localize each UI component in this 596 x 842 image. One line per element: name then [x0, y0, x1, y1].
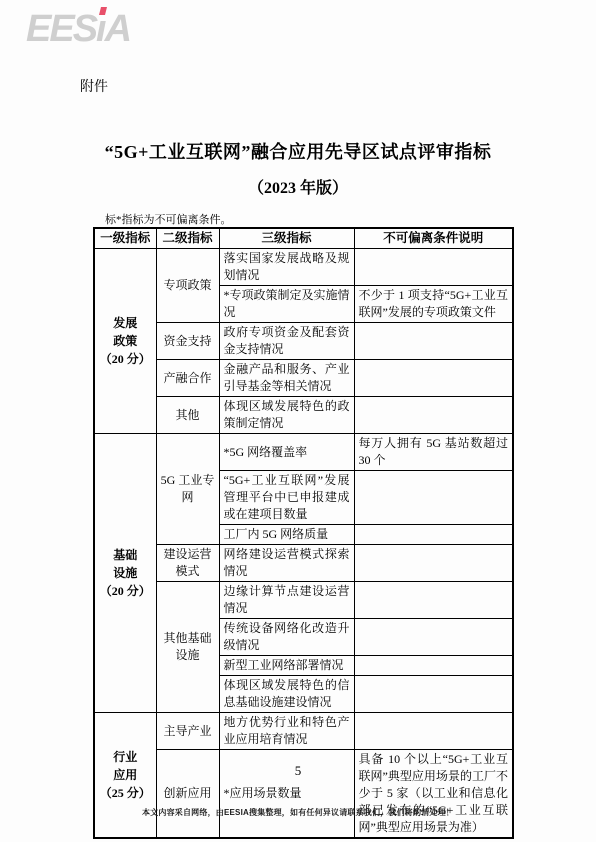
level2-cell: 其他 — [156, 397, 219, 434]
level3-cell: 地方优势行业和特色产业应用培育情况 — [219, 713, 354, 750]
level1-cell: 基础设施 （20 分） — [94, 434, 156, 713]
level3-cell: 边缘计算节点建设运营情况 — [219, 582, 354, 619]
condition-cell — [354, 397, 513, 434]
page-number: 5 — [0, 763, 596, 779]
table-row: 基础设施 （20 分） 5G 工业专网 *5G 网络覆盖率 每万人拥有 5G 基… — [94, 434, 513, 471]
logo-letter-i: ı — [96, 6, 105, 52]
condition-cell — [354, 582, 513, 619]
header-condition: 不可偏离条件说明 — [354, 228, 513, 249]
table-row: 其他 体现区域发展特色的政策制定情况 — [94, 397, 513, 434]
condition-cell — [354, 249, 513, 286]
level1-cell: 发展政策 （20 分） — [94, 249, 156, 434]
condition-cell — [354, 676, 513, 713]
level2-cell: 专项政策 — [156, 249, 219, 323]
condition-cell — [354, 619, 513, 656]
level2-cell: 主导产业 — [156, 713, 219, 750]
header-level2: 二级指标 — [156, 228, 219, 249]
level3-cell: 体现区域发展特色的政策制定情况 — [219, 397, 354, 434]
level3-cell: 新型工业网络部署情况 — [219, 656, 354, 676]
level2-cell: 产融合作 — [156, 360, 219, 397]
condition-cell: 不少于 1 项支持“5G+工业互联网”发展的专项政策文件 — [354, 286, 513, 323]
condition-cell — [354, 656, 513, 676]
header-level1: 一级指标 — [94, 228, 156, 249]
level3-cell: *5G 网络覆盖率 — [219, 434, 354, 471]
level3-cell: 金融产品和服务、产业引导基金等相关情况 — [219, 360, 354, 397]
level3-cell: *专项政策制定及实施情况 — [219, 286, 354, 323]
level3-cell: 传统设备网络化改造升级情况 — [219, 619, 354, 656]
table-row: 建设运营模式 网络建设运营模式探索情况 — [94, 545, 513, 582]
condition-cell — [354, 525, 513, 545]
level2-cell: 资金支持 — [156, 323, 219, 360]
condition-cell — [354, 323, 513, 360]
evaluation-indicator-table: 一级指标 二级指标 三级指标 不可偏离条件说明 发展政策 （20 分） 专项政策… — [93, 227, 514, 839]
eesia-logo: EESıA — [26, 6, 130, 52]
level3-cell: 体现区域发展特色的信息基础设施建设情况 — [219, 676, 354, 713]
level3-cell: 落实国家发展战略及规划情况 — [219, 249, 354, 286]
document-page: EESıA 附件 “5G+工业互联网”融合应用先导区试点评审指标 （2023 年… — [0, 0, 596, 842]
level3-cell: 工厂内 5G 网络质量 — [219, 525, 354, 545]
asterisk-note: 标*指标为不可偏离条件。 — [105, 211, 232, 227]
header-level3: 三级指标 — [219, 228, 354, 249]
logo-text-ees: EES — [26, 8, 96, 50]
level3-cell: 政府专项资金及配套资金支持情况 — [219, 323, 354, 360]
table-row: 行业应用 （25 分） 主导产业 地方优势行业和特色产业应用培育情况 — [94, 713, 513, 750]
condition-cell: 每万人拥有 5G 基站数超过 30 个 — [354, 434, 513, 471]
level3-cell: 网络建设运营模式探索情况 — [219, 545, 354, 582]
logo-text-a: A — [105, 8, 130, 50]
level2-cell: 5G 工业专网 — [156, 434, 219, 545]
table-header-row: 一级指标 二级指标 三级指标 不可偏离条件说明 — [94, 228, 513, 249]
level2-cell: 其他基础设施 — [156, 582, 219, 713]
level2-cell: 建设运营模式 — [156, 545, 219, 582]
document-title-line2: （2023 年版） — [0, 175, 596, 198]
table-row: 其他基础设施 边缘计算节点建设运营情况 — [94, 582, 513, 619]
footer-disclaimer: 本文内容采自网络，由EESIA搜集整理，如有任何异议请联系我们，我们将酌情处理！ — [0, 807, 596, 818]
condition-cell — [354, 545, 513, 582]
table-row: 产融合作 金融产品和服务、产业引导基金等相关情况 — [94, 360, 513, 397]
table-row: 发展政策 （20 分） 专项政策 落实国家发展战略及规划情况 — [94, 249, 513, 286]
document-title-line1: “5G+工业互联网”融合应用先导区试点评审指标 — [0, 138, 596, 164]
condition-cell — [354, 360, 513, 397]
attachment-label: 附件 — [80, 76, 108, 96]
table-row: 资金支持 政府专项资金及配套资金支持情况 — [94, 323, 513, 360]
condition-cell — [354, 471, 513, 525]
condition-cell — [354, 713, 513, 750]
level3-cell: “5G+工业互联网”发展管理平台中已申报建成或在建项目数量 — [219, 471, 354, 525]
